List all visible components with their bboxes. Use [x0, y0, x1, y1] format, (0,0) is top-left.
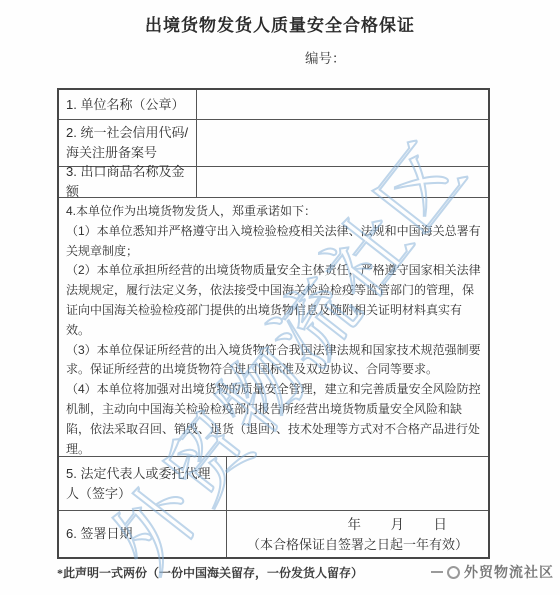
field-label-signature: 5. 法定代表人或委托代理人（签字） [59, 457, 227, 510]
validity-note: （本合格保证自签署之日起一年有效） [234, 535, 481, 555]
field-label-credit-code: 2. 统一社会信用代码/海关注册备案号 [59, 120, 197, 166]
logo-dash-icon [431, 571, 443, 573]
field-label-commodity: 3. 出口商品名称及金额 [59, 167, 197, 197]
document-number-label: 编号： [305, 47, 346, 67]
table-row: 2. 统一社会信用代码/海关注册备案号 [59, 120, 488, 167]
declaration-item-2: （2）本单位承担所经营的出境货物质量安全主体责任，严格遵守国家相关法律法规规定，… [66, 261, 481, 340]
table-row: 1. 单位名称（公章） [59, 90, 488, 120]
page-title: 出境货物发货人质量安全合格保证 [0, 11, 560, 36]
footnote: *此声明一式两份（一份中国海关留存，一份发货人留存） [57, 564, 363, 581]
table-row: 3. 出口商品名称及金额 [59, 167, 488, 198]
field-value-signature [227, 457, 488, 510]
date-placeholder: 年 月 日 [234, 514, 481, 535]
table-row: 5. 法定代表人或委托代理人（签字） [59, 457, 488, 511]
field-value-commodity [197, 167, 488, 197]
declaration-intro: 4.本单位作为出境货物发货人，郑重承诺如下： [66, 202, 481, 222]
logo-text: 外贸物流社区 [464, 562, 554, 582]
field-label-company-name: 1. 单位名称（公章） [59, 90, 197, 119]
field-value-sign-date: 年 月 日 （本合格保证自签署之日起一年有效） [227, 511, 488, 557]
globe-icon [447, 566, 460, 579]
declaration-text: 4.本单位作为出境货物发货人，郑重承诺如下： （1）本单位悉知并严格遵守出入境检… [59, 198, 488, 456]
field-label-sign-date: 6. 签署日期 [59, 511, 227, 557]
field-value-company-name [197, 90, 488, 119]
table-row: 6. 签署日期 年 月 日 （本合格保证自签署之日起一年有效） [59, 511, 488, 557]
declaration-item-4: （4）本单位将加强对出境货物的质量安全管理，建立和完善质量安全风险防控机制，主动… [66, 380, 481, 456]
community-logo: 外贸物流社区 [431, 562, 554, 582]
declaration-item-3: （3）本单位保证所经营的出入境货物符合我国法律法规和国家技术规范强制要求。保证所… [66, 341, 481, 381]
field-value-credit-code [197, 120, 488, 166]
table-row-declaration: 4.本单位作为出境货物发货人，郑重承诺如下： （1）本单位悉知并严格遵守出入境检… [59, 198, 488, 457]
declaration-item-1: （1）本单位悉知并严格遵守出入境检验检疫相关法律、法规和中国海关总署有关规章制度… [66, 222, 481, 262]
document-page: 出境货物发货人质量安全合格保证 编号： 1. 单位名称（公章） 2. 统一社会信… [0, 0, 560, 595]
form-table: 1. 单位名称（公章） 2. 统一社会信用代码/海关注册备案号 3. 出口商品名… [57, 88, 490, 559]
